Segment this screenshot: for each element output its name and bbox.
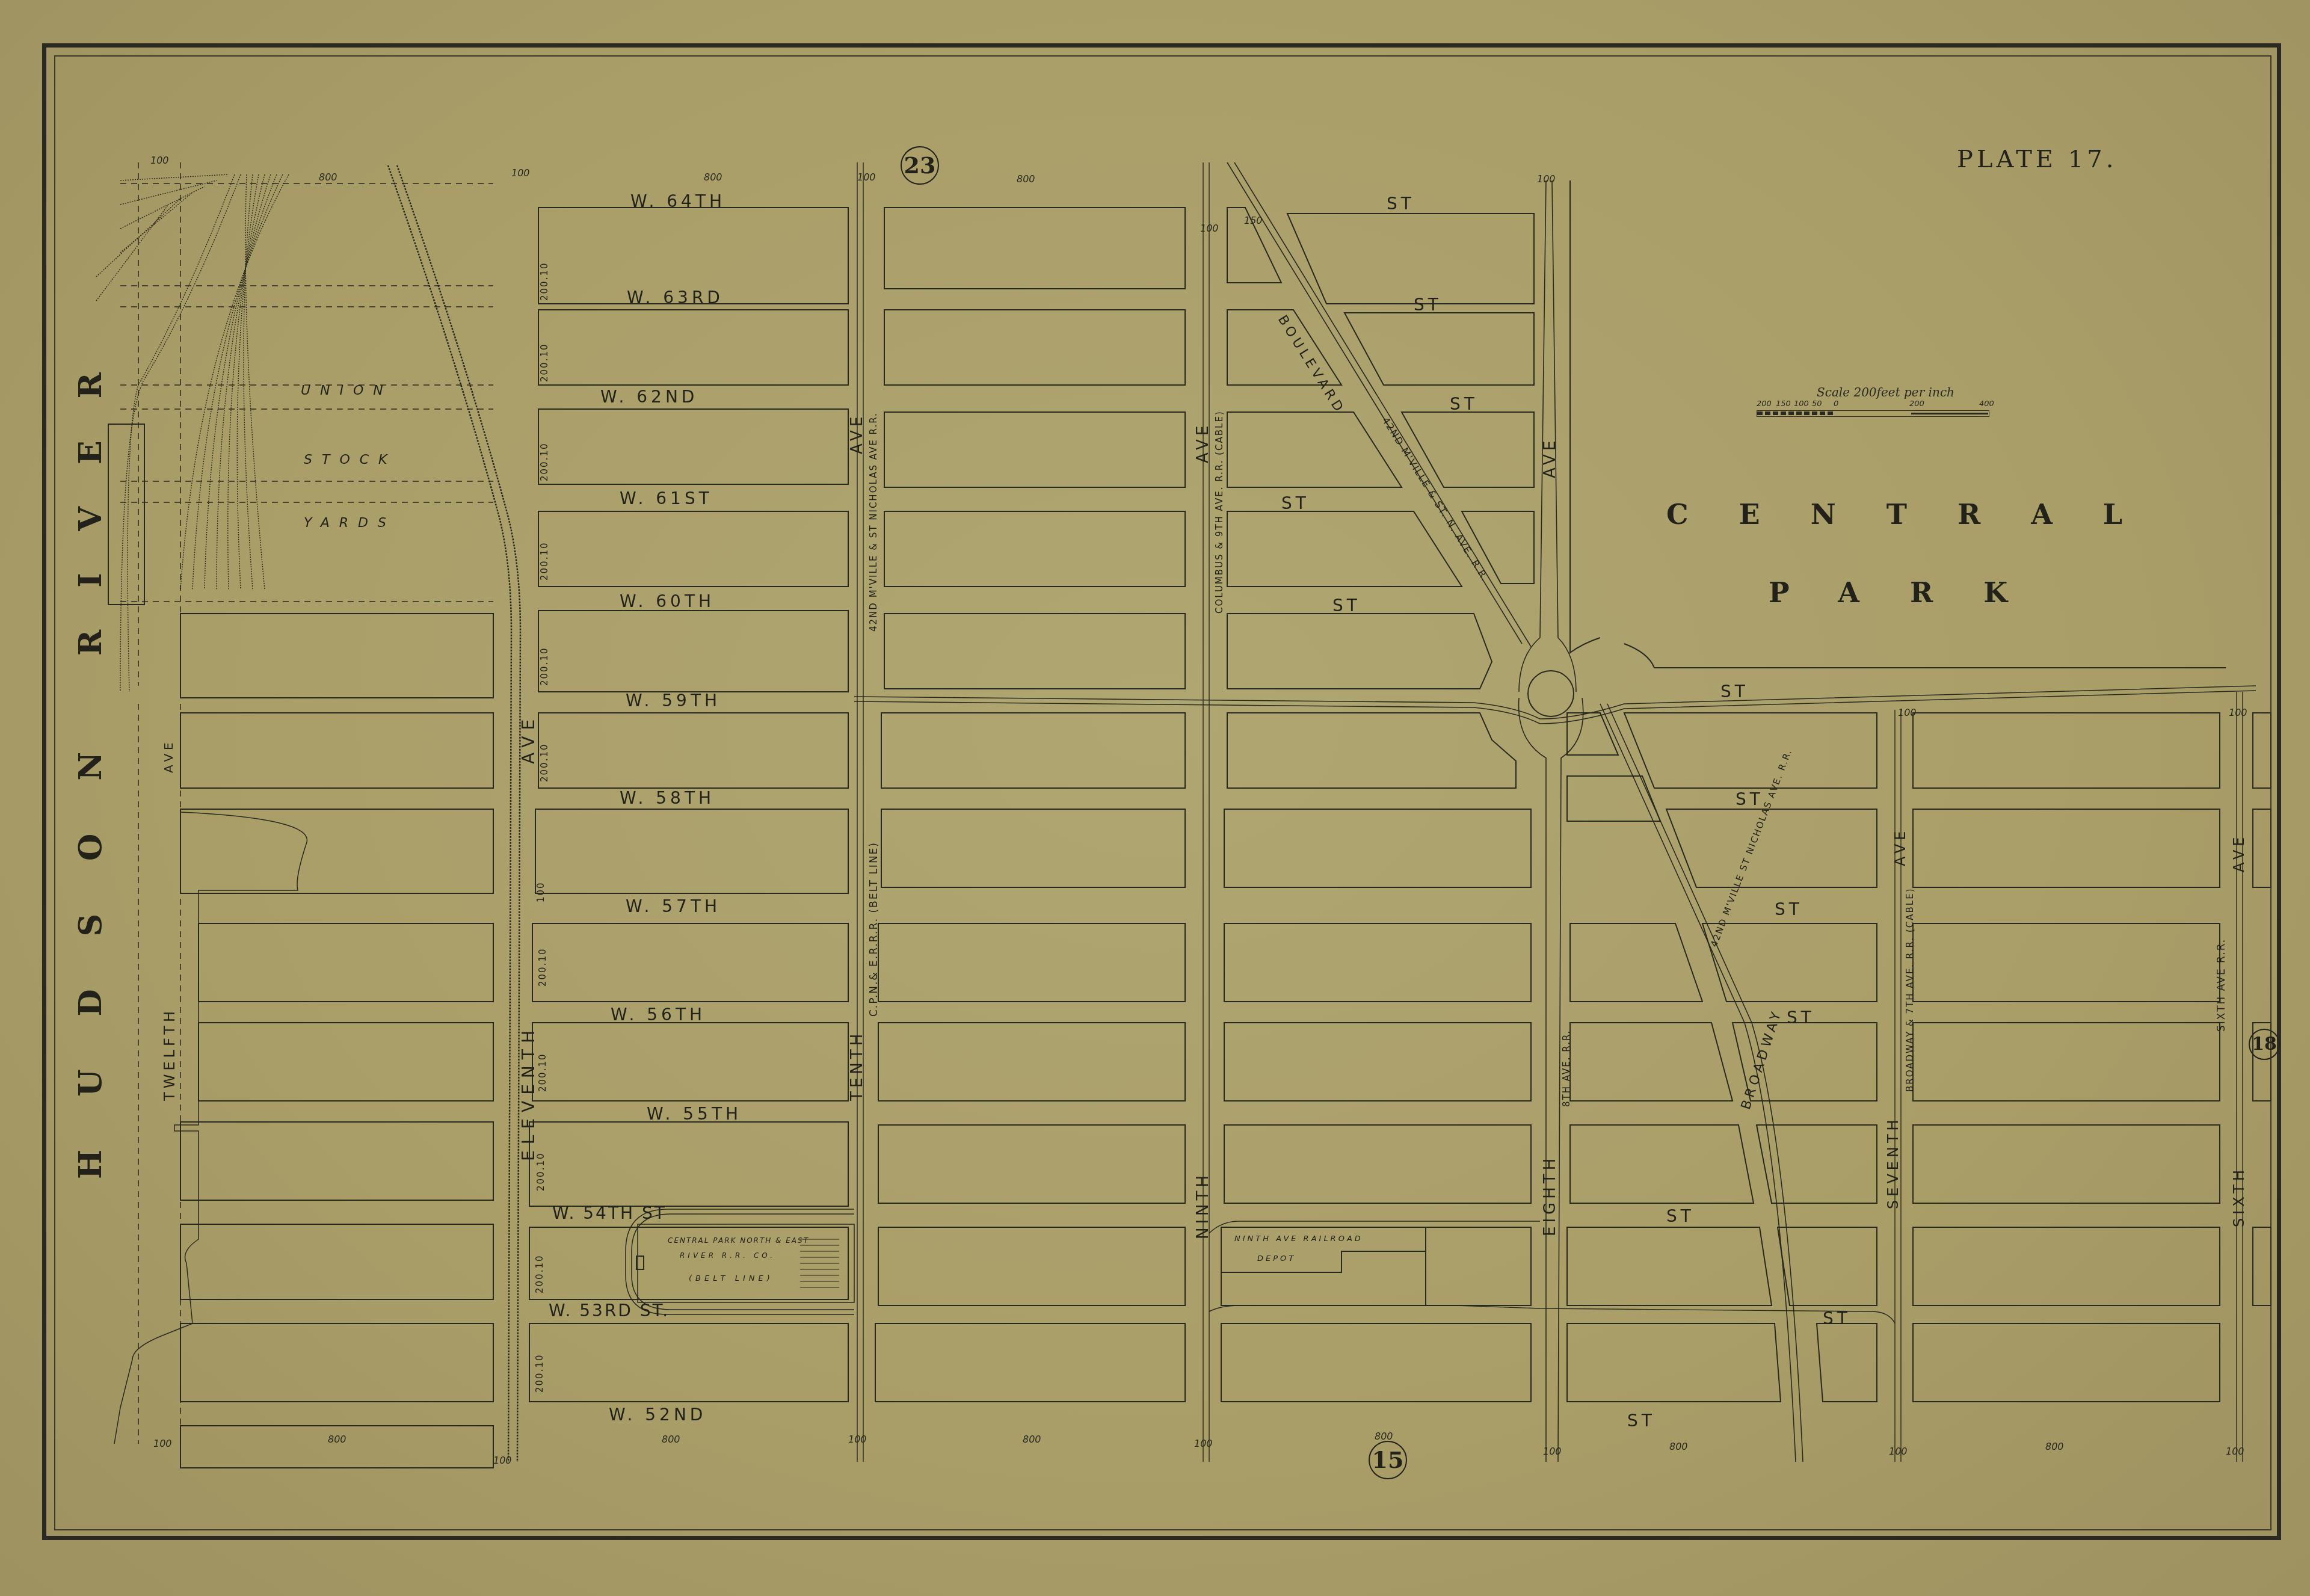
svg-text:800: 800	[1017, 173, 1035, 185]
svg-text:100: 100	[511, 167, 530, 179]
block-depth-label: 200.10	[537, 948, 548, 987]
block-depth-label: 200.10	[539, 744, 550, 783]
block-depth-label: 200.10	[539, 542, 550, 581]
svg-text:100: 100	[1194, 1438, 1213, 1449]
blocks-east-sixth	[2253, 713, 2271, 1305]
block-depth-label: 200.10	[539, 262, 550, 301]
railroad-label-tenth-north: 42ND M'VILLE & ST NICHOLAS AVE R.R.	[868, 412, 879, 632]
block-depth-label: 200.10	[534, 1354, 545, 1393]
sheet-ref-south[interactable]: 15	[1369, 1441, 1407, 1479]
scale-tick: 400	[1979, 399, 1994, 408]
stockyards-label-1: UNION	[301, 383, 393, 398]
avenue-label-sixth[interactable]: SIXTH	[2231, 1166, 2247, 1227]
ninth-depot-label-1: NINTH AVE RAILROAD	[1234, 1234, 1363, 1243]
street-label-w59[interactable]: W. 59TH	[626, 691, 721, 710]
railroad-label-seventh: BROADWAY & 7TH AVE. R.R. (CABLE)	[1905, 887, 1915, 1092]
svg-text:800: 800	[1375, 1431, 1393, 1442]
scale-tick: 100	[1794, 399, 1809, 408]
avenue-label-seventh[interactable]: SEVENTH	[1885, 1116, 1902, 1209]
avenue-label-tenth-ave: AVE	[848, 413, 866, 454]
belt-depot-label-1: CENTRAL PARK NORTH & EAST	[668, 1236, 809, 1245]
svg-text:800: 800	[1023, 1434, 1041, 1445]
street-suffix-58: ST	[1736, 789, 1764, 809]
railroad-label-eighth: 8TH AVE. R.R.	[1561, 1029, 1572, 1107]
street-label-w54[interactable]: W. 54TH ST	[552, 1203, 667, 1223]
scale-tick: 50	[1812, 399, 1822, 408]
hudson-label: HUDSON	[72, 699, 109, 1179]
avenue-label-eighth-ave: AVE	[1541, 437, 1559, 478]
street-label-w57[interactable]: W. 57TH	[626, 896, 721, 916]
street-suffix-59: ST	[1720, 682, 1749, 701]
avenue-label-ninth[interactable]: NINTH	[1194, 1172, 1212, 1239]
street-suffix-64: ST	[1387, 194, 1415, 214]
street-suffix-52: ST	[1627, 1411, 1655, 1431]
svg-text:800: 800	[662, 1434, 680, 1445]
avenue-label-sixth-ave: AVE	[2231, 834, 2247, 872]
svg-text:100: 100	[1543, 1446, 1562, 1457]
avenue-label-twelfth-ave: AVE	[161, 739, 176, 773]
blocks-west	[180, 614, 493, 1468]
street-label-w55[interactable]: W. 55TH	[647, 1104, 742, 1124]
svg-text:100: 100	[150, 155, 169, 166]
svg-text:800: 800	[704, 171, 722, 183]
svg-text:150: 150	[1244, 215, 1263, 226]
stockyards-label-2: STOCK	[304, 452, 397, 467]
svg-text:100: 100	[2229, 707, 2247, 718]
svg-text:100: 100	[2226, 1446, 2244, 1457]
avenue-label-tenth[interactable]: TENTH	[848, 1031, 866, 1101]
avenue-width-label: 100	[535, 881, 546, 902]
scale-bar: Scale 200feet per inch 200 150 100 50 0 …	[1757, 385, 1997, 417]
avenue-tracks	[857, 162, 2243, 1462]
street-label-w64[interactable]: W. 64TH	[630, 191, 725, 211]
block-depth-label: 200.10	[537, 1053, 548, 1092]
street-suffix-62: ST	[1450, 394, 1478, 414]
svg-text:100: 100	[1898, 707, 1917, 718]
street-label-w56[interactable]: W. 56TH	[611, 1005, 706, 1024]
street-suffix-56: ST	[1787, 1008, 1815, 1028]
svg-text:100: 100	[857, 171, 876, 183]
avenue-label-twelfth[interactable]: TWELFTH	[161, 1008, 178, 1101]
street-suffix-61: ST	[1281, 493, 1310, 513]
street-label-w63[interactable]: W. 63RD	[627, 288, 724, 307]
railroad-label-sixth: SIXTH AVE R.R.	[2216, 938, 2228, 1032]
block-depth-label: 200.10	[535, 1153, 546, 1192]
street-label-w58[interactable]: W. 58TH	[620, 788, 715, 808]
svg-text:800: 800	[328, 1434, 346, 1445]
svg-text:800: 800	[1669, 1441, 1688, 1452]
blocks-eighth-seventh	[1567, 713, 1877, 1402]
stockyards-label-3: YARDS	[304, 516, 396, 531]
central-park-label-line1: CENTRAL	[1666, 498, 2173, 531]
sheet-ref-east[interactable]: 18	[2249, 1029, 2280, 1060]
block-depth-label: 200.10	[539, 443, 550, 482]
svg-text:100: 100	[1537, 173, 1556, 185]
avenue-label-ninth-ave: AVE	[1194, 422, 1212, 463]
svg-text:800: 800	[2045, 1441, 2064, 1452]
avenue-label-seventh-ave: AVE	[1892, 828, 1909, 866]
svg-text:100: 100	[1200, 223, 1219, 234]
railroad-label-tenth-belt: C.P.N.& E.R.R.R. (BELT LINE)	[868, 842, 880, 1017]
avenue-label-eleventh[interactable]: ELEVENTH	[519, 1024, 538, 1161]
plate-title: PLATE 17.	[1957, 146, 2117, 173]
svg-text:100: 100	[848, 1434, 867, 1445]
scale-tick: 150	[1776, 399, 1791, 408]
street-label-w61[interactable]: W. 61ST	[620, 488, 713, 508]
street-grid: 100 800 100 800 100 800 100 100 150 100 …	[0, 0, 2310, 1596]
blocks-ninth-eighth	[1221, 208, 1531, 1402]
stockyard-building	[108, 424, 144, 605]
railroad-label-ninth: COLUMBUS & 9TH AVE. R.R. (CABLE)	[1214, 410, 1225, 614]
blocks-tenth-ninth	[875, 208, 1185, 1402]
scale-tick: 200	[1909, 399, 1924, 408]
ninth-depot-label-2: DEPOT	[1257, 1254, 1296, 1263]
block-depth-label: 200.10	[539, 344, 550, 383]
avenue-label-eighth[interactable]: EIGHTH	[1541, 1155, 1559, 1236]
svg-text:100: 100	[1889, 1446, 1908, 1457]
belt-depot-sidings	[800, 1239, 839, 1287]
svg-text:100: 100	[153, 1438, 172, 1449]
street-label-w53[interactable]: W. 53RD ST.	[549, 1301, 670, 1320]
scale-title: Scale 200feet per inch	[1817, 385, 1997, 399]
street-label-w60[interactable]: W. 60TH	[620, 591, 715, 611]
block-depth-label: 200.10	[539, 647, 550, 686]
scale-tick: 0	[1834, 399, 1838, 408]
scale-graduation	[1757, 410, 1989, 417]
belt-depot-label-2: RIVER R.R. CO.	[680, 1251, 775, 1260]
street-suffix-60: ST	[1332, 596, 1361, 615]
street-label-w62[interactable]: W. 62ND	[600, 387, 698, 407]
scale-ticks: 200 150 100 50 0 200 400	[1757, 399, 1997, 410]
belt-depot-label-3: (BELT LINE)	[689, 1274, 774, 1283]
central-park-label-line2: PARK	[1769, 576, 2058, 609]
river-label: RIVER	[72, 330, 109, 656]
street-label-w52[interactable]: W. 52ND	[609, 1405, 706, 1425]
street-suffix-57: ST	[1775, 899, 1803, 919]
scale-tick: 200	[1757, 399, 1772, 408]
svg-text:100: 100	[493, 1455, 512, 1466]
svg-text:800: 800	[319, 171, 337, 183]
avenue-label-eleventh-ave: AVE	[519, 713, 538, 764]
street-suffix-54: ST	[1666, 1206, 1695, 1226]
street-suffix-53: ST	[1823, 1308, 1851, 1328]
block-depth-label: 200.10	[534, 1255, 545, 1294]
blocks-seventh-sixth	[1913, 713, 2220, 1402]
street-suffix-63: ST	[1414, 295, 1442, 315]
sheet-ref-north[interactable]: 23	[901, 146, 939, 185]
